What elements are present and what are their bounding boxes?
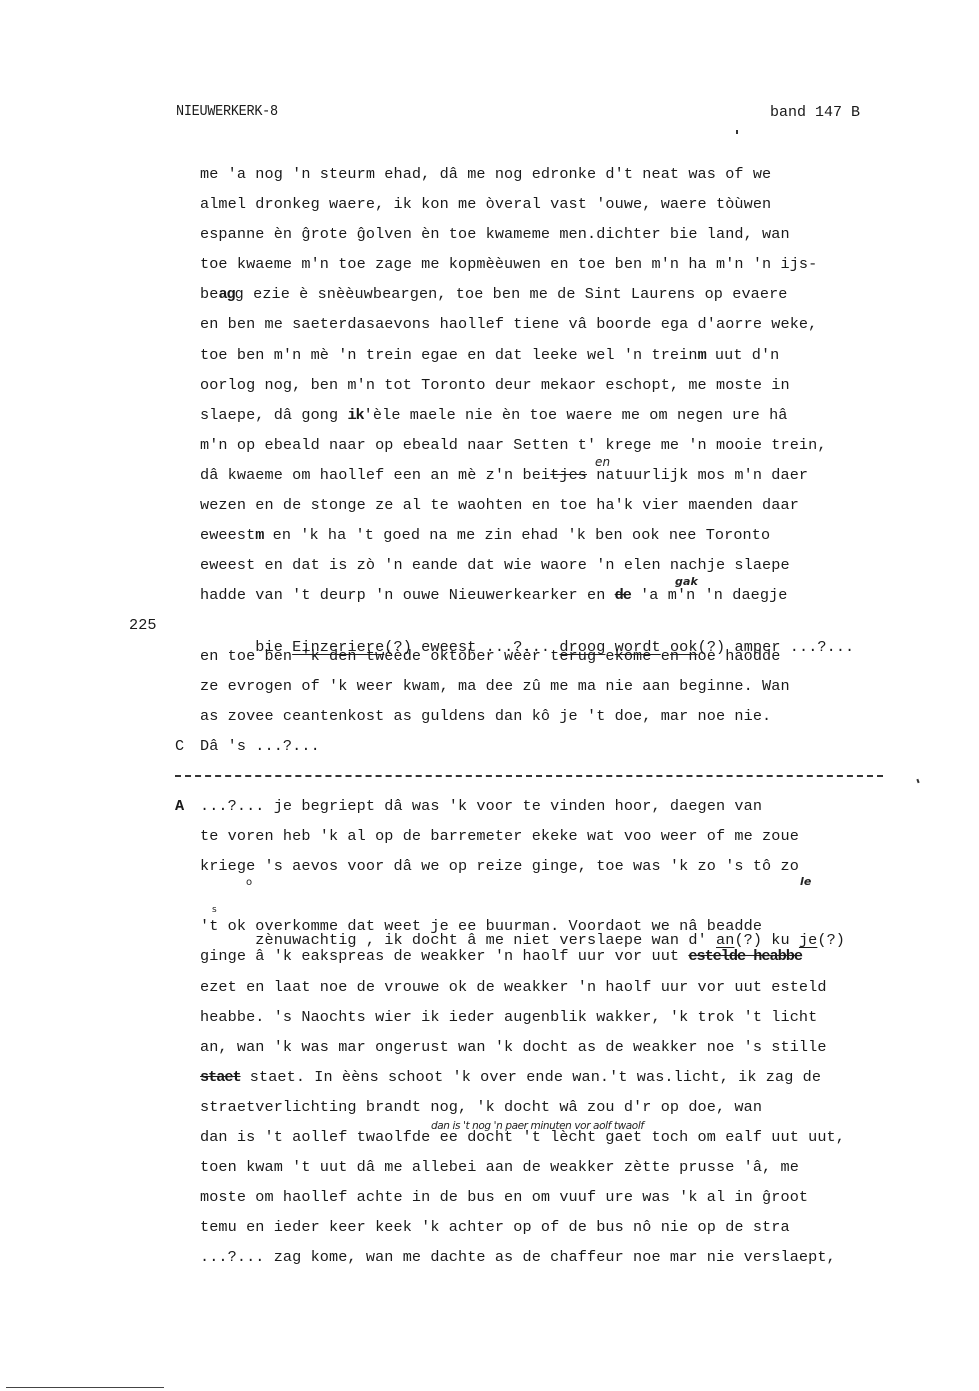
transcript-line: CDâ 's ...?... xyxy=(200,735,940,765)
typed-correction: m xyxy=(698,346,706,364)
line-text: heabbe. 's Naochts wier ik ieder augenbl… xyxy=(200,1008,817,1026)
dashed-rule xyxy=(175,775,883,777)
transcript-line: A...?... je begriept dâ was 'k voor te v… xyxy=(200,795,940,825)
line-text: espanne èn ĝrote ĝolven èn toe kwameme m… xyxy=(200,225,790,243)
line-text: staet. In èèns schoot 'k over ende wan.'… xyxy=(241,1068,821,1086)
transcript-line: an, wan 'k was mar ongerust wan 'k docht… xyxy=(200,1036,940,1066)
line-text: me 'a nog 'n steurm ehad, dâ me nog edro… xyxy=(200,165,771,183)
speaker-label: A xyxy=(175,795,184,817)
transcript-line: ...?... zag kome, wan me dachte as de ch… xyxy=(200,1246,940,1276)
line-text: eweest xyxy=(200,526,255,544)
transcript-line: te voren heb 'k al op de barremeter ekek… xyxy=(200,825,940,855)
transcript-line: heabbe. 's Naochts wier ik ieder augenbl… xyxy=(200,1006,940,1036)
transcript-line: endâ kwaeme om haollef een an mè z'n bei… xyxy=(200,464,940,494)
line-text: slaepe, dâ gong xyxy=(200,406,347,424)
tape-label: band 147 B xyxy=(770,104,860,121)
line-text: dâ kwaeme om haollef een an mè z'n bei xyxy=(200,466,550,484)
section-separator xyxy=(200,765,940,795)
transcript-page: NIEUWERKERK-8 band 147 B me 'a nog 'n st… xyxy=(0,0,979,1391)
line-text: wezen en de stonge ze al te waohten en t… xyxy=(200,496,799,514)
line-text: te voren heb 'k al op de barremeter ekek… xyxy=(200,827,799,845)
line-text: almel dronkeg waere, ik kon me òveral va… xyxy=(200,195,771,213)
line-text: toe ben m'n mè 'n trein egae en dat leek… xyxy=(200,346,698,364)
line-text: temu en ieder keer keek 'k achter op of … xyxy=(200,1218,790,1236)
transcript-line: m'n op ebeald naar op ebeald naar Setten… xyxy=(200,434,940,464)
transcript-line: s't ok overkomme dat weet je ee buurman.… xyxy=(200,915,940,945)
transcript-line: ze evrogen of 'k weer kwam, ma dee zû me… xyxy=(200,675,940,705)
transcript-line: wezen en de stonge ze al te waohten en t… xyxy=(200,494,940,524)
transcript-line: 225bie Einzeriere(?) eweest ...?... droo… xyxy=(200,614,940,644)
transcript-line: temu en ieder keer keek 'k achter op of … xyxy=(200,1216,940,1246)
speaker-label: C xyxy=(175,735,184,757)
transcript-line: espanne èn ĝrote ĝolven èn toe kwameme m… xyxy=(200,223,940,253)
transcript-line: en toe ben 'k den twèède oktober wèèr te… xyxy=(200,645,940,675)
line-text: ginge â 'k eakspreas de weakker 'n haolf… xyxy=(200,947,688,965)
line-text: en ben me saeterdasaevons haollef tiene … xyxy=(200,315,817,333)
line-text: 'a m'n 'n daegje xyxy=(631,586,788,604)
line-text: straetverlichting brandt nog, 'k docht w… xyxy=(200,1098,762,1116)
line-text: uut d'n xyxy=(706,346,780,364)
line-text: ezet en laat noe de vrouwe ok de weakker… xyxy=(200,978,827,996)
transcript-line: o lezènuwachtig , ik docht â me niet ver… xyxy=(200,885,940,915)
line-text: ...?... zag kome, wan me dachte as de ch… xyxy=(200,1248,836,1266)
transcript-line: toe kwaeme m'n toe zage me kopmèèuwen en… xyxy=(200,253,940,283)
transcript-line: moste om haollef achte in de bus en om v… xyxy=(200,1186,940,1216)
line-text: g ezie è snèèuwbeargen, toe ben me de Si… xyxy=(235,285,788,303)
line-text: toe kwaeme m'n toe zage me kopmèèuwen en… xyxy=(200,255,817,273)
line-text: Dâ 's ...?... xyxy=(200,737,320,755)
typed-correction: ik xyxy=(347,406,363,424)
handwritten-correction: o xyxy=(246,872,252,894)
line-text: 't ok overkomme dat weet je ee buurman. … xyxy=(200,917,762,935)
line-text: en toe ben 'k den twèède oktober wèèr te… xyxy=(200,647,780,665)
document-title: NIEUWERKERK-8 xyxy=(176,103,278,120)
transcript-line: staet staet. In èèns schoot 'k over ende… xyxy=(200,1066,940,1096)
struck-text: de xyxy=(615,586,631,604)
line-text: m'n op ebeald naar op ebeald naar Setten… xyxy=(200,436,827,454)
transcript-line: slaepe, dâ gong ik'èle maele nie èn toe … xyxy=(200,404,940,434)
handwritten-correction: le xyxy=(800,871,811,893)
transcript-line: beagg ezie è snèèuwbeargen, toe ben me d… xyxy=(200,283,940,313)
transcript-line: almel dronkeg waere, ik kon me òveral va… xyxy=(200,193,940,223)
transcript-body: me 'a nog 'n steurm ehad, dâ me nog edro… xyxy=(200,163,940,1276)
struck-text: estelde heabbe xyxy=(688,947,802,965)
transcript-line: me 'a nog 'n steurm ehad, dâ me nog edro… xyxy=(200,163,940,193)
struck-text: staet xyxy=(200,1068,241,1086)
line-text: be xyxy=(200,285,218,303)
transcript-line: ginge â 'k eakspreas de weakker 'n haolf… xyxy=(200,945,940,975)
line-text: eweest en dat is zò 'n eande dat wie wao… xyxy=(200,556,790,574)
handwritten-insertion: dan is 't nog 'n paer minuten vor aolf t… xyxy=(431,1115,644,1137)
handwritten-correction: s xyxy=(212,899,217,921)
line-text: 'èle maele nie èn toe waere me om negen … xyxy=(364,406,788,424)
transcript-line: oorlog nog, ben m'n tot Toronto deur mek… xyxy=(200,374,940,404)
line-number: 225 xyxy=(129,614,157,636)
struck-text: tjes xyxy=(550,466,587,484)
line-text: an, wan 'k was mar ongerust wan 'k docht… xyxy=(200,1038,827,1056)
footer-rule xyxy=(6,1387,164,1388)
handwritten-correction: gak xyxy=(675,571,698,593)
line-text: toen kwam 't uut dâ me allebei aan de we… xyxy=(200,1158,799,1176)
line-text: ...?... je begriept dâ was 'k voor te vi… xyxy=(200,797,762,815)
line-text: moste om haollef achte in de bus en om v… xyxy=(200,1188,808,1206)
stray-mark xyxy=(736,130,738,134)
transcript-line: toe ben m'n mè 'n trein egae en dat leek… xyxy=(200,344,940,374)
transcript-line: ezet en laat noe de vrouwe ok de weakker… xyxy=(200,976,940,1006)
transcript-line: eweestm en 'k ha 't goed na me zin ehad … xyxy=(200,524,940,554)
line-text: natuurlijk mos m'n daer xyxy=(587,466,808,484)
line-text: hadde van 't deurp 'n ouwe Nieuwerkearke… xyxy=(200,586,615,604)
transcript-line: gakhadde van 't deurp 'n ouwe Nieuwerkea… xyxy=(200,584,940,614)
line-text: oorlog nog, ben m'n tot Toronto deur mek… xyxy=(200,376,790,394)
transcript-line: en ben me saeterdasaevons haollef tiene … xyxy=(200,313,940,343)
transcript-line: as zovee ceantenkost as guldens dan kô j… xyxy=(200,705,940,735)
line-text: ze evrogen of 'k weer kwam, ma dee zû me… xyxy=(200,677,790,695)
line-text: as zovee ceantenkost as guldens dan kô j… xyxy=(200,707,771,725)
typed-correction: ag xyxy=(218,285,234,303)
transcript-line: toen kwam 't uut dâ me allebei aan de we… xyxy=(200,1156,940,1186)
line-text: kriege 's aevos voor dâ we op reize ging… xyxy=(200,857,799,875)
handwritten-correction: en xyxy=(595,451,610,473)
transcript-line: eweest en dat is zò 'n eande dat wie wao… xyxy=(200,554,940,584)
transcript-line: kriege 's aevos voor dâ we op reize ging… xyxy=(200,855,940,885)
transcript-line: dan is 't nog 'n paer minuten vor aolf t… xyxy=(200,1126,940,1156)
line-text: en 'k ha 't goed na me zin ehad 'k ben o… xyxy=(263,526,770,544)
